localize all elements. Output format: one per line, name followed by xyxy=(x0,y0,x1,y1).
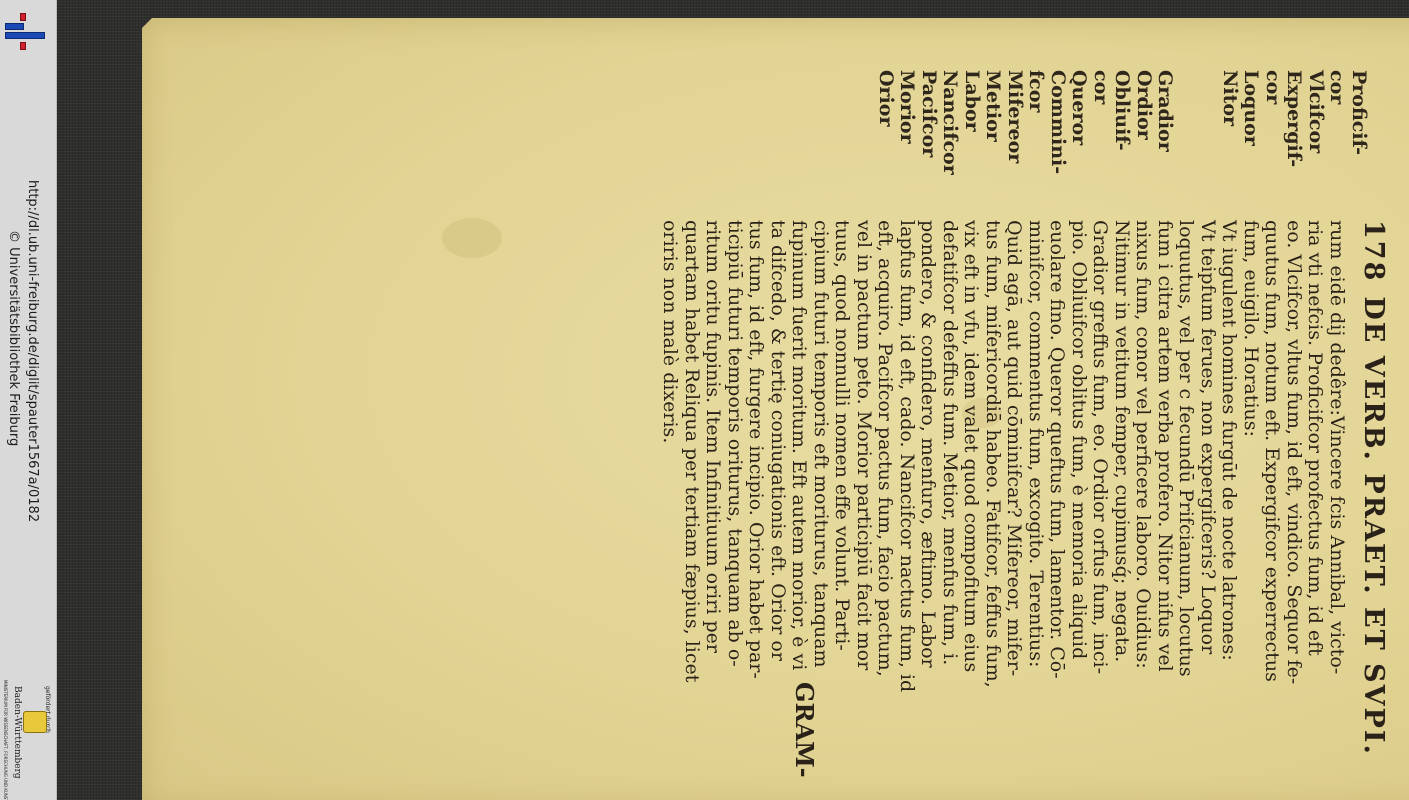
margin-word: Gradior xyxy=(1154,70,1176,210)
margin-word xyxy=(1197,70,1219,210)
running-head: 178DE VERB. PRAET. ET SVPI. xyxy=(1349,220,1389,780)
margin-word: Loquor xyxy=(1240,70,1262,210)
margin-word: Obliuif- xyxy=(1111,70,1133,210)
text-line: fum i citra artem verba profero. Nitor n… xyxy=(1154,220,1176,795)
margin-word: fcor xyxy=(1025,70,1047,210)
text-line: rum eidē dij dedêre:Vincere fcis Annibal… xyxy=(1326,220,1348,795)
text-line: nixus fum, conor vel perficere laboro. O… xyxy=(1132,220,1154,795)
running-title: DE VERB. PRAET. ET SVPI. xyxy=(1358,296,1389,756)
text-line: Quid agā, aut quid cōminifcar? Mifereor,… xyxy=(1003,220,1025,795)
body-text: rum eidē dij dedêre:Vincere fcis Annibal… xyxy=(659,220,1347,795)
text-line: tus fum, id eft, furgere incipio. Orior … xyxy=(745,220,767,795)
margin-word: Expergif- xyxy=(1283,70,1305,210)
text-line: pondero, & confidero, menfuro, æftimo. L… xyxy=(917,220,939,795)
text-line: defatifcor defeffus fum. Metior, menfus … xyxy=(939,220,961,795)
margin-word: Morior xyxy=(896,70,918,210)
funder-name: Baden-Württemberg xyxy=(12,686,22,779)
text-line: minifcor, commentus fum, excogito. Teren… xyxy=(1025,220,1047,795)
text-line: ria vti nefcis. Proficifcor profectus fu… xyxy=(1304,220,1326,795)
text-line: vel in pactum peto. Morior participiū fa… xyxy=(853,220,875,795)
text-line: Gradior greffus fum, eo. Ordior orfus fu… xyxy=(1089,220,1111,795)
text-line: loquutus, vel per c fecundū Prifcianum, … xyxy=(1175,220,1197,795)
page-number: 178 xyxy=(1358,220,1389,282)
margin-word: Vlcifcor xyxy=(1305,70,1327,210)
text-line: tus fum, mifericordiā habeo. Fatifcor, f… xyxy=(982,220,1004,795)
text-line: lapfus fum, id eft, cado. Nancifcor nact… xyxy=(896,220,918,795)
margin-word: Mifereor xyxy=(1004,70,1026,210)
margin-word: Pacifcor xyxy=(918,70,940,210)
text-line: quartam habet Reliqua per tertiam fæpius… xyxy=(681,220,703,795)
margin-word: cor xyxy=(1326,70,1348,210)
margin-word: Queror xyxy=(1068,70,1090,210)
text-line: pio. Obliuifcor oblitus fum, è memoria a… xyxy=(1068,220,1090,795)
catchword: GRAM- xyxy=(790,682,819,778)
text-line: quutus fum, notum eft. Expergifcor exper… xyxy=(1261,220,1283,795)
text-line: ticipiū futuri temporis oriturus, tanqua… xyxy=(724,220,746,795)
page-text-rotated: 178DE VERB. PRAET. ET SVPI. Proficif- co… xyxy=(339,70,1389,770)
text-line: Nitimur in vetitum femper, cupimusq́; ne… xyxy=(1111,220,1133,795)
text-line: Vt iugulent homines furgūt de nocte latr… xyxy=(1218,220,1240,795)
margin-word: Proficif- xyxy=(1348,70,1370,210)
margin-word: Labor xyxy=(961,70,983,210)
margin-word xyxy=(1176,70,1198,210)
margin-word: Metior xyxy=(982,70,1004,210)
text-line: ta difcedo, & tertię coniugationis eft. … xyxy=(767,220,789,795)
text-line: ritum oritu fupinis. Item Infinitiuum or… xyxy=(702,220,724,795)
library-sidebar: http://dl.ub.uni-freiburg.de/diglit/spau… xyxy=(0,0,57,800)
text-line: eo. Vlcifcor, vltus fum, id eft, vindico… xyxy=(1283,220,1305,795)
permalink-url[interactable]: http://dl.ub.uni-freiburg.de/diglit/spau… xyxy=(25,180,40,522)
text-line: oriris non malè dixeris. xyxy=(659,220,681,795)
text-line: vix eft in vfu, idem valet quod compofit… xyxy=(960,220,982,795)
funder-block: gefördert durch Baden-Württemberg MINIST… xyxy=(0,680,56,800)
text-line: eft, acquiro. Pacifcor pactus fum, facio… xyxy=(874,220,896,795)
text-line: fum, euigilo. Horatius: xyxy=(1240,220,1262,795)
text-line: Vt teipfum ferues, non expergifceris? Lo… xyxy=(1197,220,1219,795)
margin-word: Nitor xyxy=(1219,70,1241,210)
text-line: tuus, quod nonnulli nomen effe volunt. P… xyxy=(831,220,853,795)
margin-word: Nancifcor xyxy=(939,70,961,210)
margin-word: Orior xyxy=(875,70,897,210)
margin-word: Ordior xyxy=(1133,70,1155,210)
copyright-notice: © Universitätsbibliothek Freiburg xyxy=(6,230,21,446)
funder-ministry: MINISTERIUM FÜR WISSENSCHAFT, FORSCHUNG … xyxy=(3,680,8,800)
margin-word: Commini- xyxy=(1047,70,1069,210)
baden-wuerttemberg-emblem-icon xyxy=(23,711,47,733)
text-line: euolare fino. Queror queftus fum, lament… xyxy=(1046,220,1068,795)
book-cover-board: 178DE VERB. PRAET. ET SVPI. Proficif- co… xyxy=(57,0,1409,800)
margin-headwords: Proficif- cor Vlcifcor Expergif- cor Loq… xyxy=(875,70,1370,210)
ub-freiburg-logo-icon[interactable] xyxy=(5,10,47,52)
margin-word: cor xyxy=(1090,70,1112,210)
margin-word: cor xyxy=(1262,70,1284,210)
